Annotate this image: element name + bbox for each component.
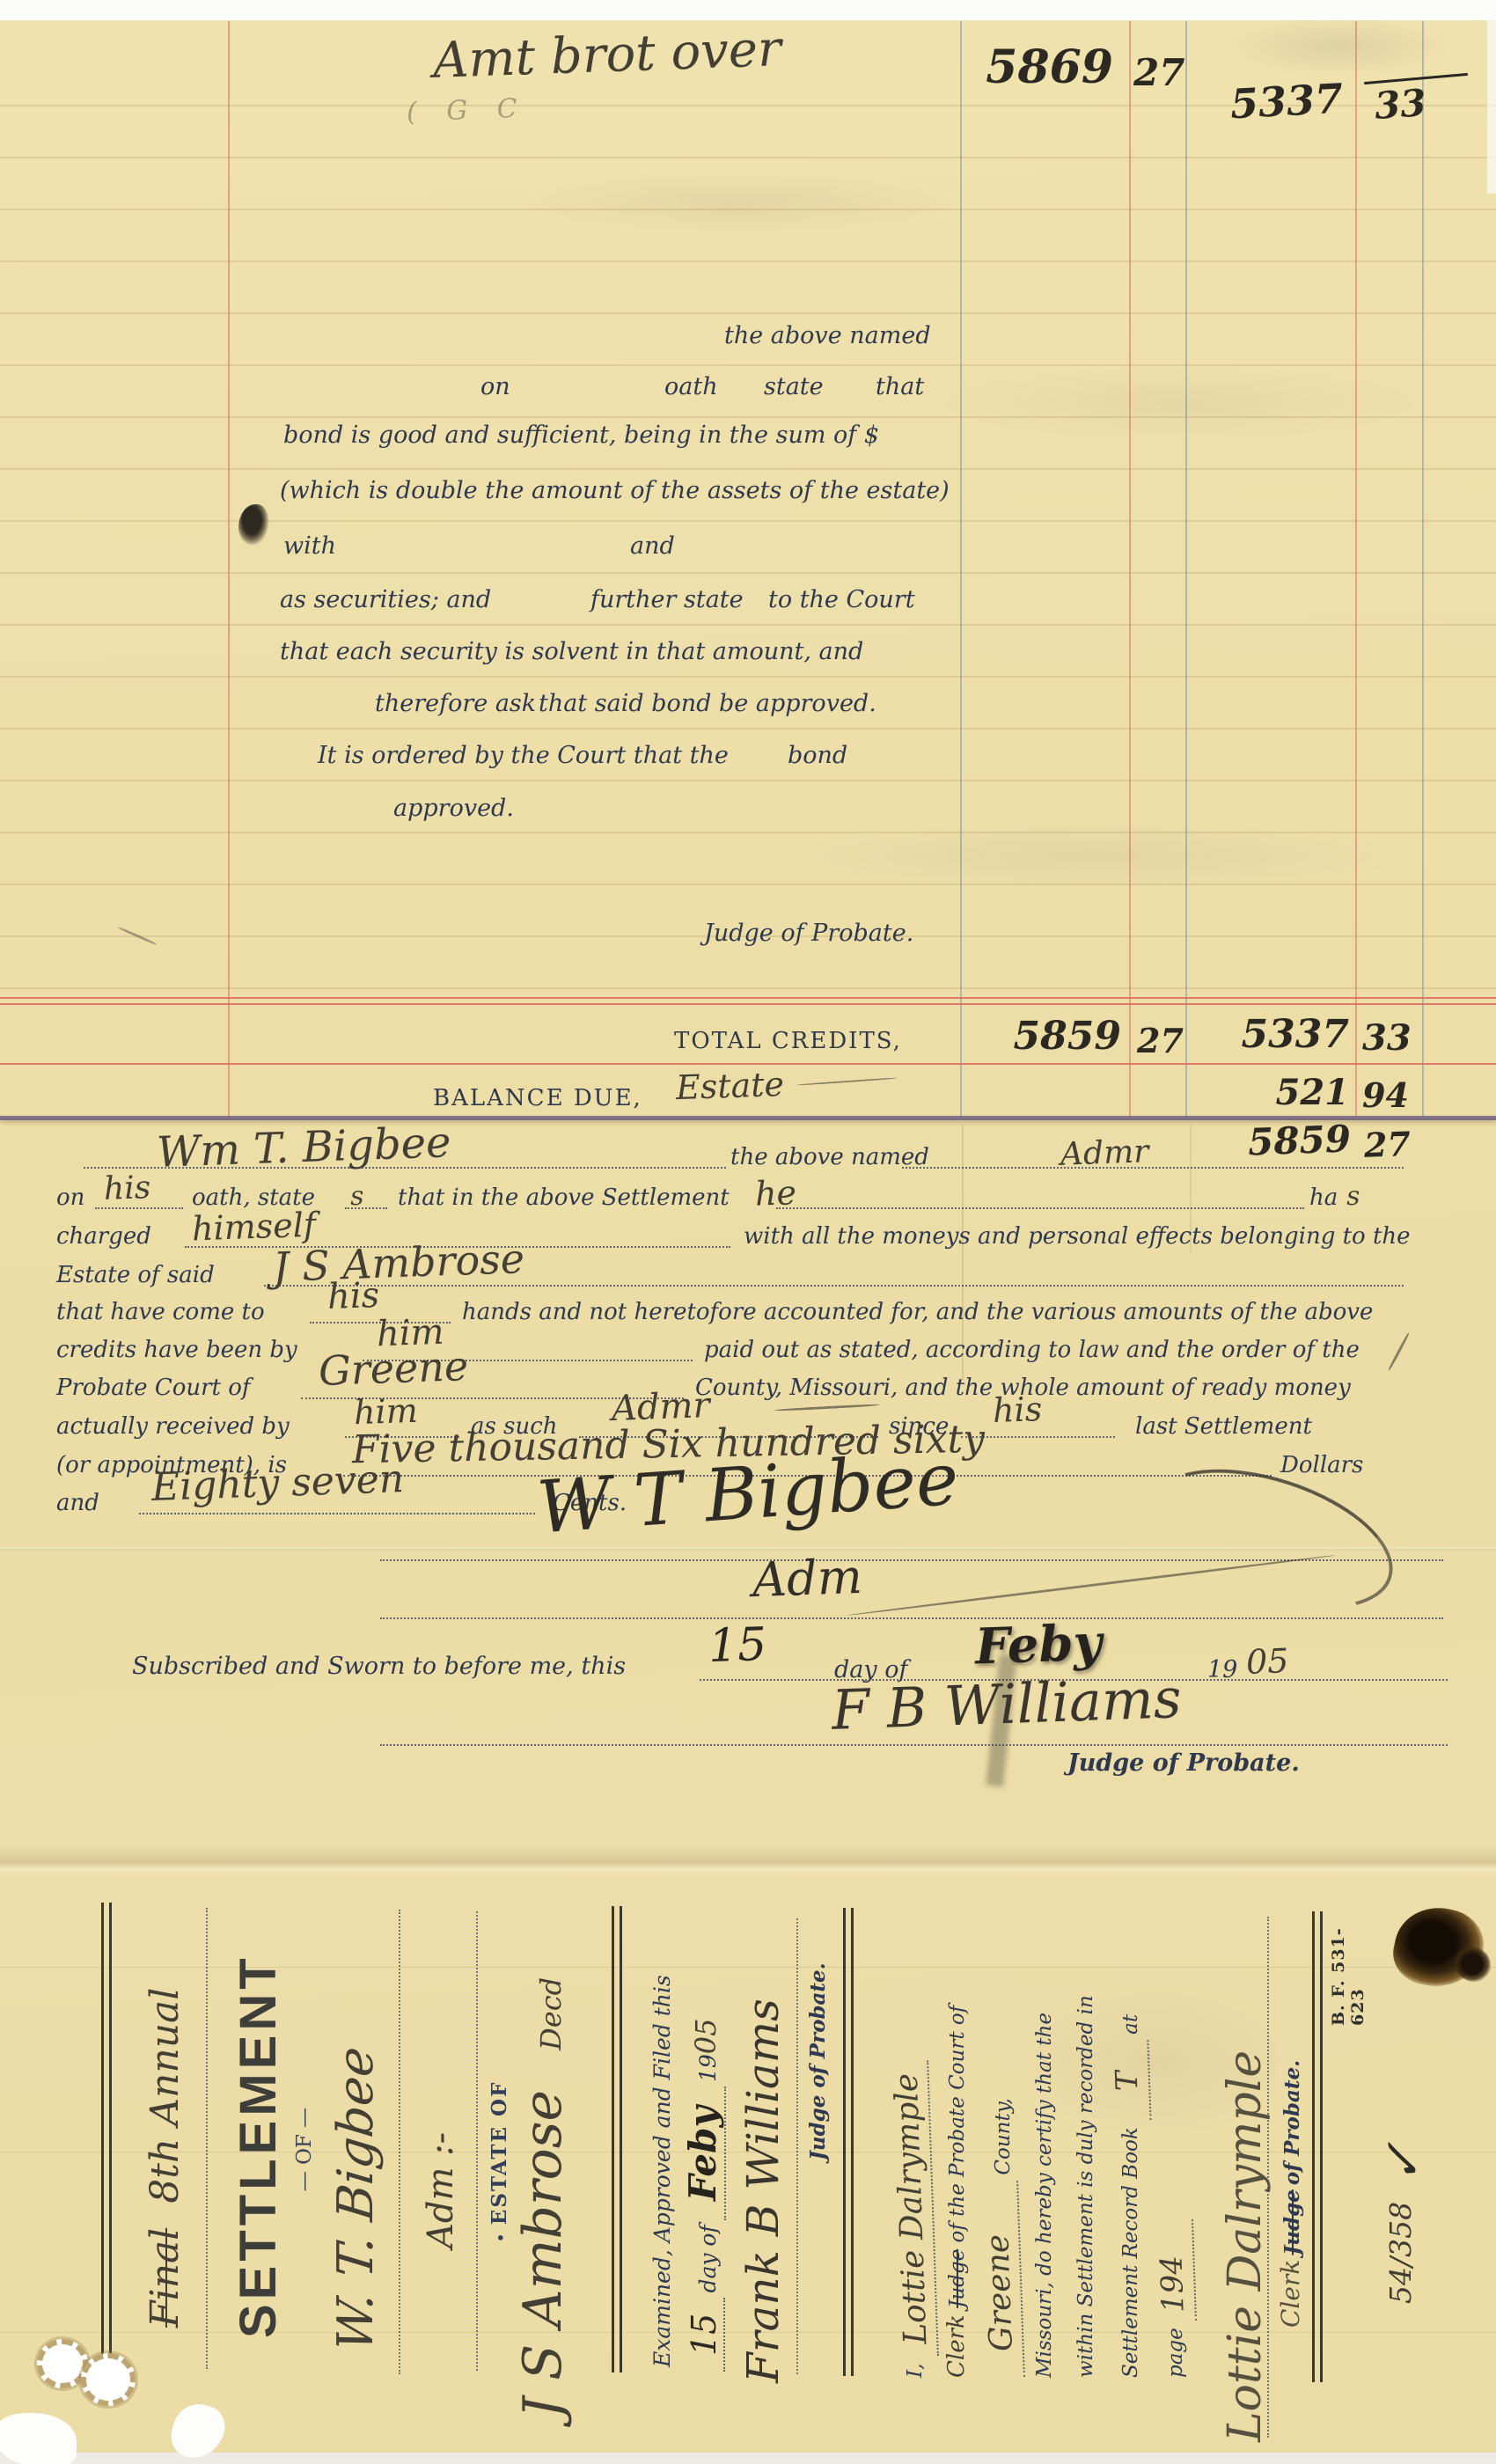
form-bond2: bond: [788, 742, 847, 769]
carry-amount-cents: 27: [1363, 1124, 1411, 1165]
filed-year-printed: 19: [695, 2054, 721, 2082]
cert-line-6: Settlement Record Book T at: [1107, 1907, 1152, 2378]
affidavit-last-settlement: last Settlement: [1135, 1413, 1312, 1440]
judge-signature-script: F B Williams: [831, 1666, 1183, 1742]
form-that: that: [876, 373, 924, 400]
filed-month-script: Feby: [681, 2086, 726, 2220]
carry-amount-dollars: 5859: [1218, 1117, 1352, 1164]
bleedthrough-mark: [774, 823, 1417, 889]
signature-role-line: [380, 1617, 1443, 1619]
form-state: state: [764, 373, 824, 400]
form-further-state: further state: [590, 586, 744, 613]
docket-form-number: B. F. 531-623: [1329, 1922, 1350, 2026]
total-credits-col1-cents: 27: [1137, 1021, 1184, 1060]
column-rule-blue-3: [1422, 21, 1424, 1118]
signature-flourish: [1132, 1442, 1411, 1636]
affidavit-received-by: actually received by: [56, 1413, 290, 1440]
total-credits-label: TOTAL CREDITS,: [674, 1028, 902, 1054]
affidavit-his3-script: his: [992, 1390, 1043, 1430]
header-amount-col1-cents: 27: [1133, 51, 1184, 94]
cert-record-book: Settlement Record Book: [1119, 2127, 1142, 2378]
fill-line: [776, 1207, 1304, 1209]
docket-judge-signature-script: Frank B Williams: [737, 1912, 817, 2383]
cert-line-5: within Settlement is duly recorded in: [1066, 1907, 1107, 2378]
affidavit-above-named: the above named: [730, 1144, 929, 1170]
column-rule-red-2: [1355, 21, 1357, 1118]
bleedthrough-mark: [1223, 18, 1452, 75]
header-amount-col2-dollars: 5337: [1229, 75, 1345, 128]
form-on: on: [480, 373, 510, 400]
affidavit-county-script: Greene: [318, 1342, 469, 1395]
total-credits-col1-dollars: 5859: [970, 1014, 1121, 1059]
clerk2-hw: Clerk: [1276, 2260, 1305, 2328]
affidavit-moneys: with all the moneys and personal effects…: [744, 1223, 1411, 1250]
affidavit-estate-name-script: J S Ambrose: [272, 1235, 525, 1291]
column-rule-blue-2: [1185, 21, 1187, 1118]
fill-line: [95, 1207, 183, 1209]
docket-border-line: [1312, 1911, 1323, 2382]
estate-decd-text: Decd: [534, 1977, 568, 2050]
form-ordered: It is ordered by the Court that the: [318, 742, 729, 769]
cert-line-1: I, Lottie Dalrymple: [891, 1907, 936, 2378]
faint-pencil-marks: ( G C: [406, 93, 528, 128]
docket-admin-role-script: Adm :-: [421, 2015, 475, 2248]
red-rule-double-b: [0, 1003, 1496, 1005]
filed-year-script: 05: [689, 2019, 722, 2055]
affidavit-paid-out: paid out as stated, according to law and…: [704, 1337, 1360, 1363]
red-rule-double-a: [0, 997, 1496, 999]
cert-clerk-name-script: Lottie Dalrymple: [885, 2060, 939, 2358]
docket-filed-date-line: 15 day of Feby 1905: [681, 1905, 722, 2372]
docket-examined-label: Examined, Approved and Filed this: [649, 1905, 676, 2367]
bleedthrough-mark: [933, 365, 1426, 440]
checkmark-script: ✓: [1373, 2101, 1426, 2184]
bleedthrough-mark: [510, 172, 968, 233]
estate-of-text: ESTATE OF: [488, 2081, 511, 2226]
docket-judge-label: Judge of Probate.: [806, 1927, 831, 2160]
affidavit-come-to: that have come to: [56, 1299, 265, 1325]
entity-flourish: [796, 1077, 898, 1086]
docket-certification-block: I, Lottie Dalrymple Clerk Judge of the P…: [891, 1907, 1183, 2378]
affidavit-settlement-rest: that in the above Settlement: [398, 1184, 730, 1211]
docket-admin-name-script: W. T. Bigbee: [327, 1934, 415, 2358]
cert-page-label: page: [1164, 2328, 1187, 2378]
sworn-day-script: 15: [708, 1618, 767, 1673]
torn-edge-patch: [0, 2413, 77, 2464]
column-rule-red-1: [1129, 21, 1131, 1118]
cert-judge-struck: Judge: [946, 2249, 969, 2308]
filed-day-script: 15: [685, 2298, 725, 2372]
role-tail-stroke: [774, 1404, 880, 1412]
cert-line-2: Clerk Judge of the Probate Court of: [936, 1907, 979, 2378]
affidavit-his1-script: his: [103, 1170, 151, 1207]
cert-line-4: Missouri, do hereby certify that the: [1024, 1907, 1066, 2378]
judge-of-probate-label: Judge of Probate.: [704, 920, 913, 947]
estate-of-dot: •: [493, 2225, 510, 2242]
of-probate2: of Probate.: [1280, 2060, 1304, 2185]
docket-clerk-signature-script: Lottie Dalrymple: [1219, 1901, 1285, 2442]
amt-brot-over-script: Amt brot over: [432, 20, 782, 90]
judge2-struck: Judge: [1280, 2189, 1304, 2255]
header-amount-col2-cents: 33: [1373, 81, 1427, 128]
sworn-month-script: Feby: [974, 1614, 1103, 1676]
cert-at-label: at: [1119, 2014, 1142, 2035]
cert-clerk-hw: Clerk: [943, 2314, 970, 2378]
header-amount-col1-dollars: 5869: [968, 40, 1113, 94]
balance-due-entity-script: Estate: [675, 1065, 784, 1107]
cert-i: I,: [904, 2364, 927, 2378]
affidavit-cents-words-script: Eighty seven: [150, 1456, 405, 1510]
estate-name-text: J S Ambrose: [512, 2090, 574, 2418]
form-therefore-ask: therefore ask: [375, 690, 536, 717]
form-above-named: the above named: [724, 322, 931, 349]
form-bond-sum: bond is good and sufficient, being in th…: [283, 422, 879, 449]
cert-book-letter-script: T: [1105, 2040, 1151, 2121]
fold-crease: [0, 1846, 1496, 1878]
sworn-statement: Subscribed and Sworn to before me, this: [132, 1653, 626, 1680]
sworn-year-script: 05: [1245, 1641, 1289, 1682]
affidavit-hands: hands and not heretofore accounted for, …: [462, 1299, 1373, 1325]
stray-pen-mark: [1388, 1332, 1410, 1371]
affidavit-role-script: Admr: [1060, 1133, 1149, 1172]
punch-hole: [81, 2353, 136, 2406]
affidavit-signature-role-script: Adm: [752, 1549, 863, 1608]
left-margin-rule: [228, 21, 230, 1118]
affidavit-credits-by: credits have been by: [56, 1337, 297, 1363]
affidavit-name-script: Wm T. Bigbee: [156, 1118, 451, 1177]
docket-of-label: — OF —: [293, 2086, 319, 2213]
affidavit-he-script: he: [754, 1173, 796, 1214]
docket-border-line: [843, 1908, 854, 2376]
form-securities: as securities; and: [280, 586, 491, 613]
docket-dotted-line: [476, 1911, 478, 2371]
form-to-court: to the Court: [768, 586, 915, 613]
scanned-document: Amt brot over ( G C 5869 27 5337 33 the …: [0, 0, 1496, 2464]
docket-border-line: [101, 1903, 112, 2378]
cert-county-script: Greene: [975, 2181, 1025, 2379]
affidavit-s1-script: s: [349, 1181, 364, 1213]
scan-edge-right: [1487, 0, 1496, 194]
form-solvent: that each security is solvent in that am…: [280, 638, 863, 665]
form-double-amount: (which is double the amount of the asset…: [280, 477, 950, 504]
balance-due-cents: 94: [1362, 1075, 1409, 1115]
cert-l2-rest: of the Probate Court of: [946, 2006, 969, 2243]
form-and: and: [630, 532, 675, 560]
cert-page-num-script: 194: [1150, 2219, 1197, 2322]
affidavit-charged: charged: [56, 1223, 151, 1250]
annotation-final-struck: Final: [143, 2228, 187, 2328]
affidavit-s2-script: s: [1346, 1181, 1360, 1213]
cert-county-label: County,: [992, 2098, 1015, 2175]
affidavit-and: and: [56, 1490, 99, 1516]
affidavit-dollars: Dollars: [1280, 1452, 1363, 1478]
filed-day-of: day of: [695, 2225, 721, 2292]
affidavit-his2-script: his: [326, 1275, 380, 1317]
form-oath: oath: [664, 373, 718, 400]
docket-clerk-judge-line: Clerk Judge of Probate.: [1276, 1923, 1313, 2328]
affidavit-probate-court-of: Probate Court of: [56, 1375, 251, 1401]
balance-due-dollars: 521: [1232, 1072, 1349, 1113]
fill-line: [902, 1167, 1404, 1169]
sworn-year-printed: 19: [1207, 1656, 1237, 1683]
red-rule-row: [0, 1063, 1496, 1065]
cert-line-7: page 194: [1152, 1907, 1197, 2378]
affidavit-on: on: [56, 1184, 84, 1211]
docket-annotation-script: Final 8th Annual: [143, 1888, 213, 2328]
form-with: with: [283, 532, 336, 560]
form-bond-approved: that said bond be approved.: [539, 690, 876, 717]
scan-edge-bottom: [0, 2453, 1496, 2464]
judge-of-probate-label-2: Judge of Probate.: [1067, 1749, 1300, 1777]
affidavit-estate-of-said: Estate of said: [56, 1262, 215, 1288]
docket-estate-name-script: J S Ambrose Decd: [512, 1912, 613, 2418]
form-approved: approved.: [393, 795, 514, 822]
affidavit-ha: ha: [1309, 1184, 1338, 1211]
fill-line: [139, 1513, 535, 1514]
docket-number-script: 54/358: [1383, 2220, 1454, 2304]
docket-settlement-title: SETTLEMENT: [229, 1947, 285, 2338]
balance-due-label: BALANCE DUE,: [433, 1085, 642, 1111]
total-credits-col2-dollars: 5337: [1213, 1012, 1349, 1057]
total-credits-col2-cents: 33: [1362, 1017, 1412, 1059]
cert-line-3: Greene County,: [979, 1907, 1024, 2378]
annotation-rest: 8th Annual: [143, 1988, 187, 2204]
judge-signature-line: [380, 1744, 1448, 1746]
